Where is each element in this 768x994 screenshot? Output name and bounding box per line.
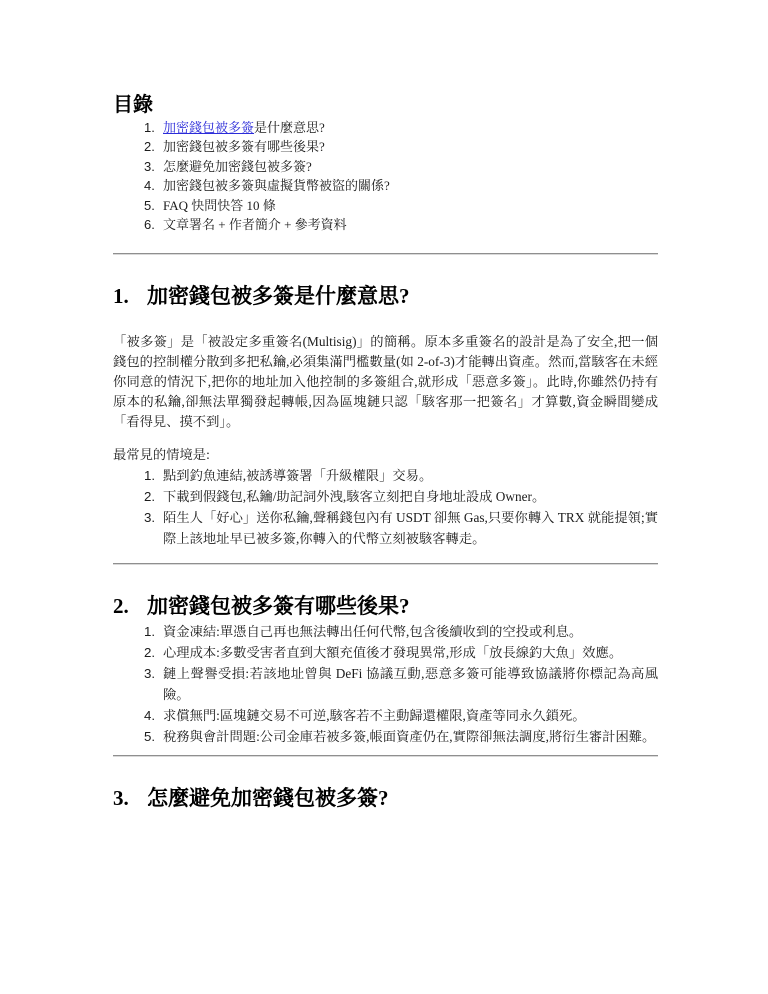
section-1-heading: 1.加密錢包被多簽是什麼意思? [113,282,658,311]
toc-item-4-number: 4. [144,176,155,195]
list-item-text: 鏈上聲譽受損:若該地址曾與 DeFi 協議互動,惡意多簽可能導致協議將你標記為高… [163,666,658,702]
toc-item-1-number: 1. [144,118,155,137]
toc-list: 1.加密錢包被多簽是什麼意思? 2.加密錢包被多簽有哪些後果? 3.怎麼避免加密… [113,118,658,234]
section-2-title: 加密錢包被多簽有哪些後果? [147,594,410,618]
section-1-list: 1.點到釣魚連結,被誘導簽署「升級權限」交易。 2.下載到假錢包,私鑰/助記詞外… [113,465,658,549]
list-item-text: 陌生人「好心」送你私鑰,聲稱錢包內有 USDT 卻無 Gas,只要你轉入 TRX… [163,510,658,546]
section-3-heading: 3.怎麼避免加密錢包被多簽? [113,784,658,813]
section-3-number: 3. [113,784,147,813]
list-item-text: 稅務與會計問題:公司金庫若被多簽,帳面資產仍在,實際卻無法調度,將衍生審計困難。 [163,729,655,744]
toc-item-3: 3.怎麼避免加密錢包被多簽? [113,157,658,176]
list-item-number: 4. [144,705,155,726]
list-item-text: 心理成本:多數受害者直到大額充值後才發現異常,形成「放長線釣大魚」效應。 [163,645,622,660]
section-3-title: 怎麼避免加密錢包被多簽? [147,786,389,810]
document-page: 目錄 1.加密錢包被多簽是什麼意思? 2.加密錢包被多簽有哪些後果? 3.怎麼避… [0,0,768,994]
list-item-number: 3. [144,507,155,528]
toc-item-5-text: FAQ 快問快答 10 條 [163,198,276,213]
toc-item-2: 2.加密錢包被多簽有哪些後果? [113,137,658,156]
list-item-text: 求償無門:區塊鏈交易不可逆,駭客若不主動歸還權限,資產等同永久鎖死。 [163,708,586,723]
toc-item-3-number: 3. [144,157,155,176]
list-item: 2.下載到假錢包,私鑰/助記詞外洩,駭客立刻把自身地址設成 Owner。 [113,486,658,507]
list-item: 3.鏈上聲譽受損:若該地址曾與 DeFi 協議互動,惡意多簽可能導致協議將你標記… [113,663,658,705]
section-1-list-intro: 最常見的情境是: [113,445,658,465]
section-2-heading: 2.加密錢包被多簽有哪些後果? [113,592,658,621]
toc-item-1-text: 是什麼意思? [254,120,325,135]
list-item-number: 2. [144,486,155,507]
list-item-text: 點到釣魚連結,被誘導簽署「升級權限」交易。 [163,468,432,483]
toc-item-6: 6.文章署名 + 作者簡介 + 參考資料 [113,215,658,234]
list-item: 1.資金凍結:單憑自己再也無法轉出任何代幣,包含後續收到的空投或利息。 [113,621,658,642]
section-divider [113,563,658,565]
toc-link-multisig[interactable]: 加密錢包被多簽 [163,120,254,135]
list-item-number: 3. [144,663,155,684]
list-item-number: 1. [144,465,155,486]
list-item: 5.稅務與會計問題:公司金庫若被多簽,帳面資產仍在,實際卻無法調度,將衍生審計困… [113,726,658,747]
toc-item-4: 4.加密錢包被多簽與虛擬貨幣被盜的關係? [113,176,658,195]
toc-item-5: 5.FAQ 快問快答 10 條 [113,196,658,215]
list-item-number: 1. [144,621,155,642]
section-1-paragraph: 「被多簽」是「被設定多重簽名(Multisig)」的簡稱。原本多重簽名的設計是為… [113,332,658,432]
toc-item-2-text: 加密錢包被多簽有哪些後果? [163,139,325,154]
toc-item-4-text: 加密錢包被多簽與虛擬貨幣被盜的關係? [163,178,390,193]
list-item: 1.點到釣魚連結,被誘導簽署「升級權限」交易。 [113,465,658,486]
list-item-number: 5. [144,726,155,747]
toc-item-1: 1.加密錢包被多簽是什麼意思? [113,118,658,137]
toc-item-6-number: 6. [144,215,155,234]
list-item: 4.求償無門:區塊鏈交易不可逆,駭客若不主動歸還權限,資產等同永久鎖死。 [113,705,658,726]
section-1-number: 1. [113,282,147,311]
toc-title: 目錄 [113,92,658,118]
toc-item-3-text: 怎麼避免加密錢包被多簽? [163,159,312,174]
toc-item-2-number: 2. [144,137,155,156]
list-item-text: 下載到假錢包,私鑰/助記詞外洩,駭客立刻把自身地址設成 Owner。 [163,489,545,504]
list-item-text: 資金凍結:單憑自己再也無法轉出任何代幣,包含後續收到的空投或利息。 [163,624,582,639]
list-item: 2.心理成本:多數受害者直到大額充值後才發現異常,形成「放長線釣大魚」效應。 [113,642,658,663]
section-divider [113,253,658,255]
section-2-list: 1.資金凍結:單憑自己再也無法轉出任何代幣,包含後續收到的空投或利息。 2.心理… [113,621,658,747]
section-divider [113,755,658,757]
list-item-number: 2. [144,642,155,663]
section-2-number: 2. [113,592,147,621]
section-1-title: 加密錢包被多簽是什麼意思? [147,284,410,308]
toc-item-5-number: 5. [144,196,155,215]
list-item: 3.陌生人「好心」送你私鑰,聲稱錢包內有 USDT 卻無 Gas,只要你轉入 T… [113,507,658,549]
toc-item-6-text: 文章署名 + 作者簡介 + 參考資料 [163,217,347,232]
